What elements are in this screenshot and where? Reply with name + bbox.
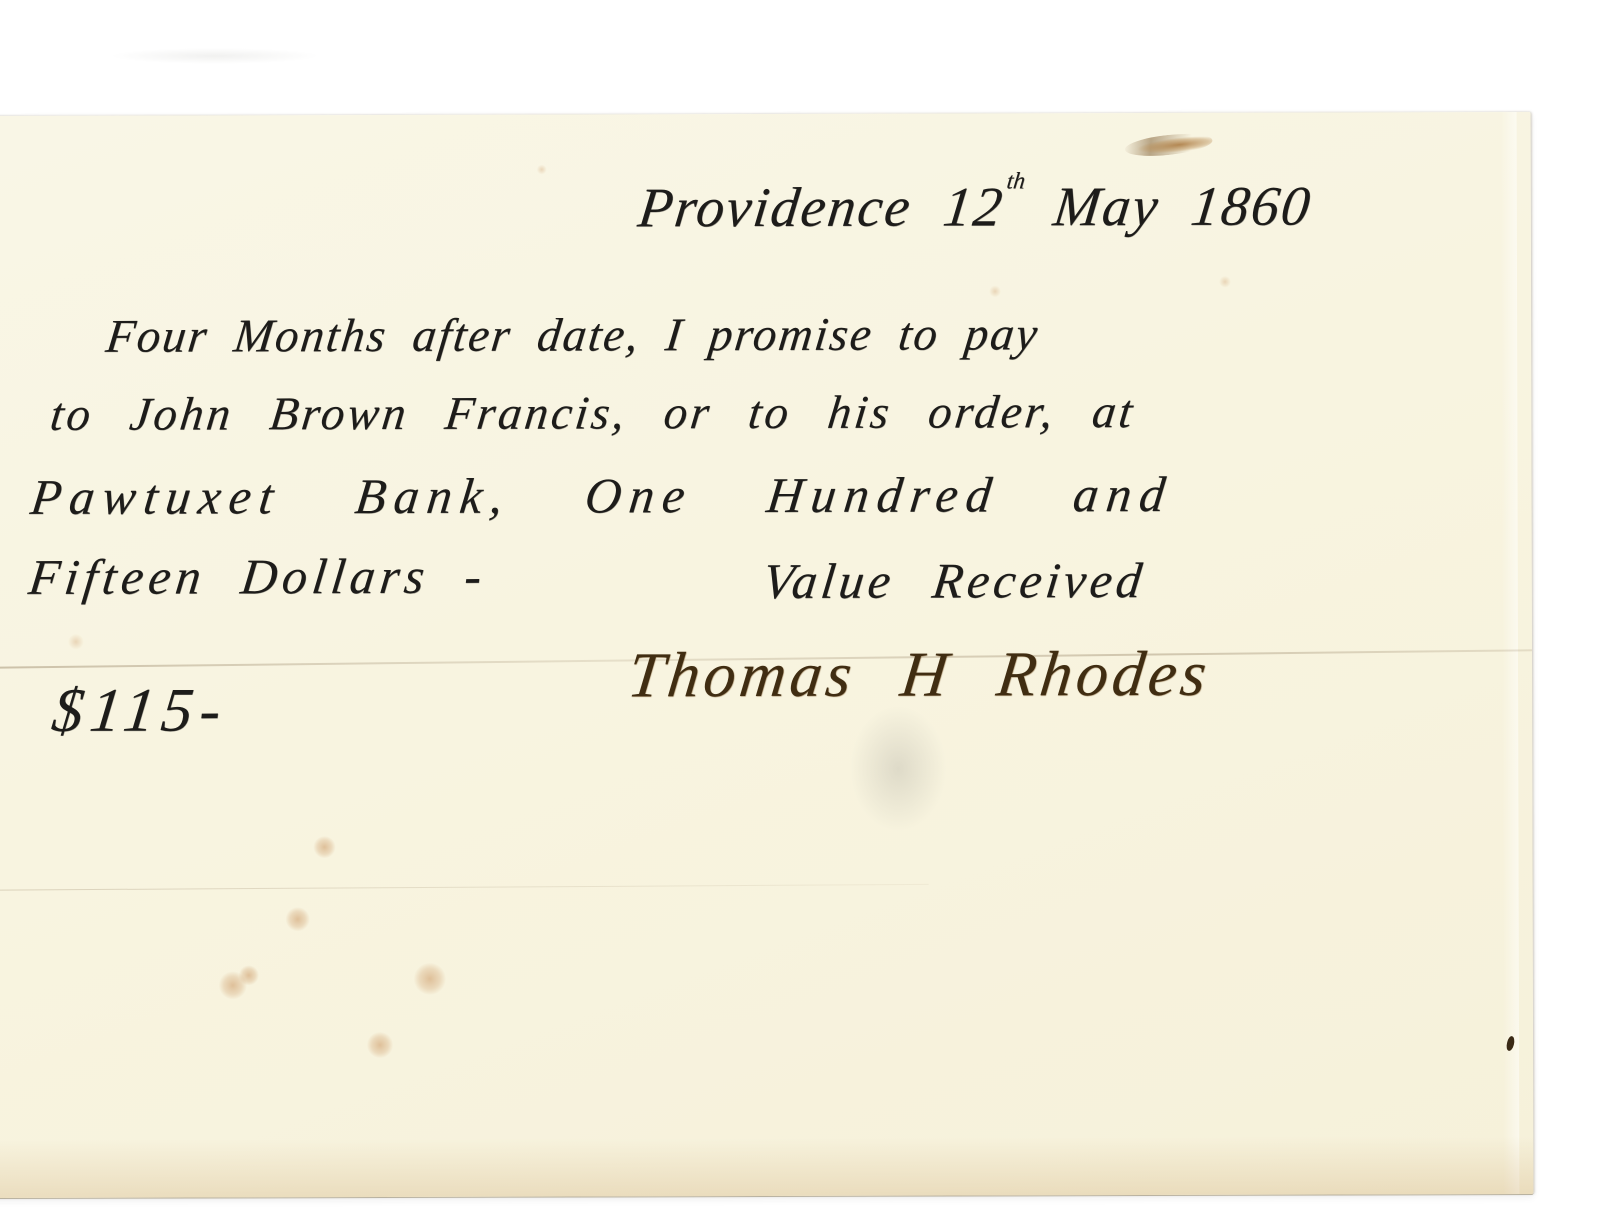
date-line: Providence 12th May 1860 xyxy=(635,175,1315,241)
scanner-background-smudge xyxy=(110,48,320,64)
foxing-stain xyxy=(286,907,310,931)
foxing-speck xyxy=(537,165,547,175)
ink-smudge xyxy=(848,704,948,834)
scanned-document: Providence 12th May 1860 Four Months aft… xyxy=(0,0,1600,1219)
ink-transfer-mark xyxy=(1124,130,1214,159)
foxing-stain xyxy=(367,1032,393,1058)
body-line-2: to John Brown Francis, or to his order, … xyxy=(47,385,1138,442)
foxing-stain xyxy=(414,963,446,995)
foxing-stain xyxy=(239,965,259,985)
value-received-text: Value Received xyxy=(760,551,1149,610)
amount-figure: $115- xyxy=(48,675,232,746)
signature: Thomas H Rhodes xyxy=(624,637,1214,713)
foxing-stain xyxy=(313,836,335,858)
foxing-speck xyxy=(68,634,84,650)
body-line-1: Four Months after date, I promise to pay xyxy=(103,307,1042,363)
date-day-suffix: th xyxy=(1005,168,1026,194)
date-month-year: May 1860 xyxy=(1050,176,1315,239)
body-line-4-amount-words: Fifteen Dollars - xyxy=(26,547,490,606)
date-day: 12 xyxy=(940,176,1007,238)
promissory-note-paper: Providence 12th May 1860 Four Months aft… xyxy=(0,112,1533,1198)
foxing-speck xyxy=(989,285,1001,297)
foxing-speck xyxy=(1219,276,1231,288)
body-line-3: Pawtuxet Bank, One Hundred and xyxy=(28,465,1176,526)
faint-crease-line xyxy=(0,884,929,891)
foxing-stain xyxy=(219,971,247,999)
dark-speck xyxy=(1505,1035,1515,1051)
date-place: Providence xyxy=(635,177,915,240)
